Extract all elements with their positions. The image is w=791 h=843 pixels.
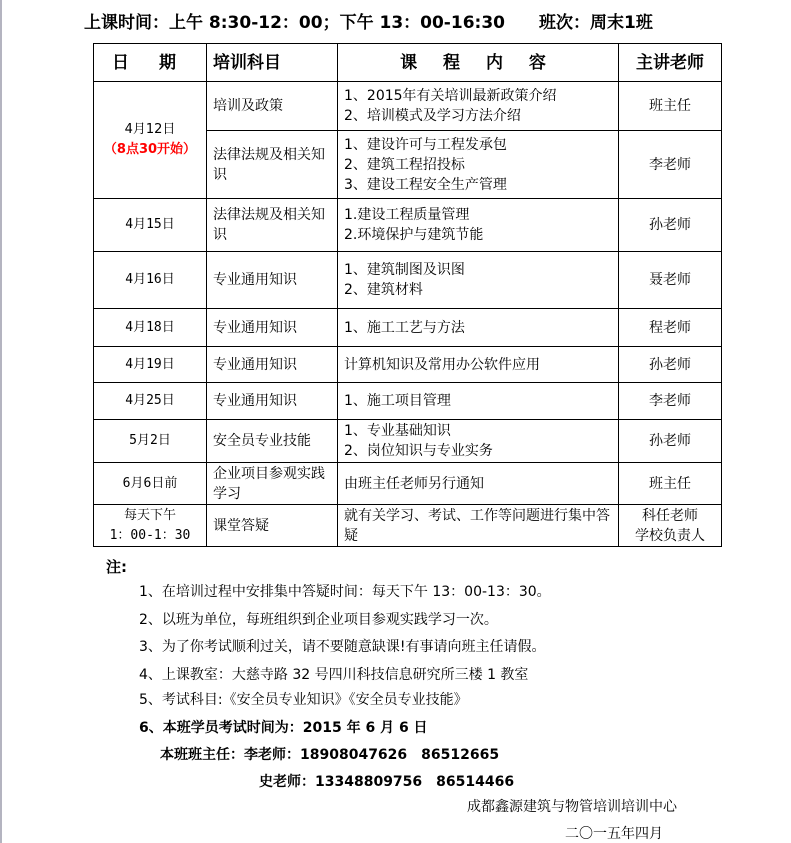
teacher-cell: 孙老师 <box>619 347 722 383</box>
table-row: 4月15日 法律法规及相关知识 1.建设工程质量管理 2.环境保护与建筑节能 孙… <box>94 199 722 252</box>
table-row: 4月18日 专业通用知识 1、施工工艺与方法 程老师 <box>94 309 722 347</box>
date-cell: 6月6日前 <box>94 463 207 505</box>
date-cell: 每天下午 1：00-1：30 <box>94 505 207 547</box>
content-cell: 计算机知识及常用办公软件应用 <box>338 347 619 383</box>
subject-cell: 专业通用知识 <box>207 309 338 347</box>
date-cell: 4月18日 <box>94 309 207 347</box>
date-cell: 4月12日 （8点30开始） <box>94 82 207 199</box>
exam-date-note: 6、本班学员考试时间为：2015 年 6 月 6 日 <box>139 717 428 737</box>
teacher-cell: 孙老师 <box>619 420 722 463</box>
page-left-edge <box>0 0 2 843</box>
subject-cell: 法律法规及相关知识 <box>207 131 338 199</box>
start-time-note: （8点30开始） <box>100 140 200 160</box>
class-time: 上课时间：上午 8:30-12：00；下午 13：00-16:30 <box>84 13 505 33</box>
organization-name: 成都鑫源建筑与物管培训培训中心 <box>467 796 677 816</box>
subject-cell: 专业通用知识 <box>207 252 338 309</box>
table-row: 4月12日 （8点30开始） 培训及政策 1、2015年有关培训最新政策介绍 2… <box>94 82 722 131</box>
note-item: 2、以班为单位，每班组织到企业项目参观实践学习一次。 <box>139 609 498 629</box>
table-row: 每天下午 1：00-1：30 课堂答疑 就有关学习、考试、工作等问题进行集中答疑… <box>94 505 722 547</box>
teacher-cell: 聂老师 <box>619 252 722 309</box>
subject-cell: 专业通用知识 <box>207 383 338 420</box>
content-cell: 就有关学习、考试、工作等问题进行集中答疑 <box>338 505 619 547</box>
class-shift: 班次：周末1班 <box>539 13 653 33</box>
subject-cell: 法律法规及相关知识 <box>207 199 338 252</box>
header-subject: 培训科目 <box>207 44 338 82</box>
schedule-title: 上课时间：上午 8:30-12：00；下午 13：00-16:30班次：周末1班 <box>84 8 704 33</box>
teacher-cell: 班主任 <box>619 82 722 131</box>
content-cell: 由班主任老师另行通知 <box>338 463 619 505</box>
content-cell: 1、施工项目管理 <box>338 383 619 420</box>
note-item: 5、考试科目:《安全员专业知识》《安全员专业技能》 <box>139 689 468 709</box>
table-header-row: 日 期 培训科目 课 程 内 容 主讲老师 <box>94 44 722 82</box>
date-cell: 5月2日 <box>94 420 207 463</box>
date-cell: 4月15日 <box>94 199 207 252</box>
date-cell: 4月25日 <box>94 383 207 420</box>
teacher-cell: 李老师 <box>619 383 722 420</box>
table-row: 5月2日 安全员专业技能 1、专业基础知识 2、岗位知识与专业实务 孙老师 <box>94 420 722 463</box>
content-cell: 1、施工工艺与方法 <box>338 309 619 347</box>
note-item: 4、上课教室：大慈寺路 32 号四川科技信息研究所三楼 1 教室 <box>139 664 528 684</box>
teacher-cell: 李老师 <box>619 131 722 199</box>
document-date: 二〇一五年四月 <box>565 823 663 843</box>
subject-cell: 专业通用知识 <box>207 347 338 383</box>
table-row: 4月25日 专业通用知识 1、施工项目管理 李老师 <box>94 383 722 420</box>
date-cell: 4月19日 <box>94 347 207 383</box>
teacher-cell: 程老师 <box>619 309 722 347</box>
header-teacher: 主讲老师 <box>619 44 722 82</box>
content-cell: 1、2015年有关培训最新政策介绍 2、培训模式及学习方法介绍 <box>338 82 619 131</box>
header-content: 课 程 内 容 <box>338 44 619 82</box>
teacher-cell: 科任老师 学校负责人 <box>619 505 722 547</box>
subject-cell: 课堂答疑 <box>207 505 338 547</box>
schedule-table: 日 期 培训科目 课 程 内 容 主讲老师 4月12日 （8点30开始） 培训及… <box>93 43 722 547</box>
teacher-cell: 班主任 <box>619 463 722 505</box>
subject-cell: 安全员专业技能 <box>207 420 338 463</box>
content-cell: 1、建设许可与工程发承包 2、建筑工程招投标 3、建设工程安全生产管理 <box>338 131 619 199</box>
subject-cell: 培训及政策 <box>207 82 338 131</box>
table-row: 4月16日 专业通用知识 1、建筑制图及识图 2、建筑材料 聂老师 <box>94 252 722 309</box>
head-teacher-contact: 本班班主任：李老师：1890804762686512665 <box>160 744 499 764</box>
table-row: 6月6日前 企业项目参观实践学习 由班主任老师另行通知 班主任 <box>94 463 722 505</box>
second-teacher-contact: 史老师：1334880975686514466 <box>259 771 514 791</box>
content-cell: 1、建筑制图及识图 2、建筑材料 <box>338 252 619 309</box>
table-row: 4月19日 专业通用知识 计算机知识及常用办公软件应用 孙老师 <box>94 347 722 383</box>
header-date: 日 期 <box>94 44 207 82</box>
note-item: 3、为了你考试顺利过关，请不要随意缺课!有事请向班主任请假。 <box>139 636 546 656</box>
content-cell: 1、专业基础知识 2、岗位知识与专业实务 <box>338 420 619 463</box>
note-item: 1、在培训过程中安排集中答疑时间：每天下午 13：00-13：30。 <box>139 581 551 601</box>
teacher-cell: 孙老师 <box>619 199 722 252</box>
date-cell: 4月16日 <box>94 252 207 309</box>
subject-cell: 企业项目参观实践学习 <box>207 463 338 505</box>
notes-header: 注: <box>106 556 127 577</box>
content-cell: 1.建设工程质量管理 2.环境保护与建筑节能 <box>338 199 619 252</box>
